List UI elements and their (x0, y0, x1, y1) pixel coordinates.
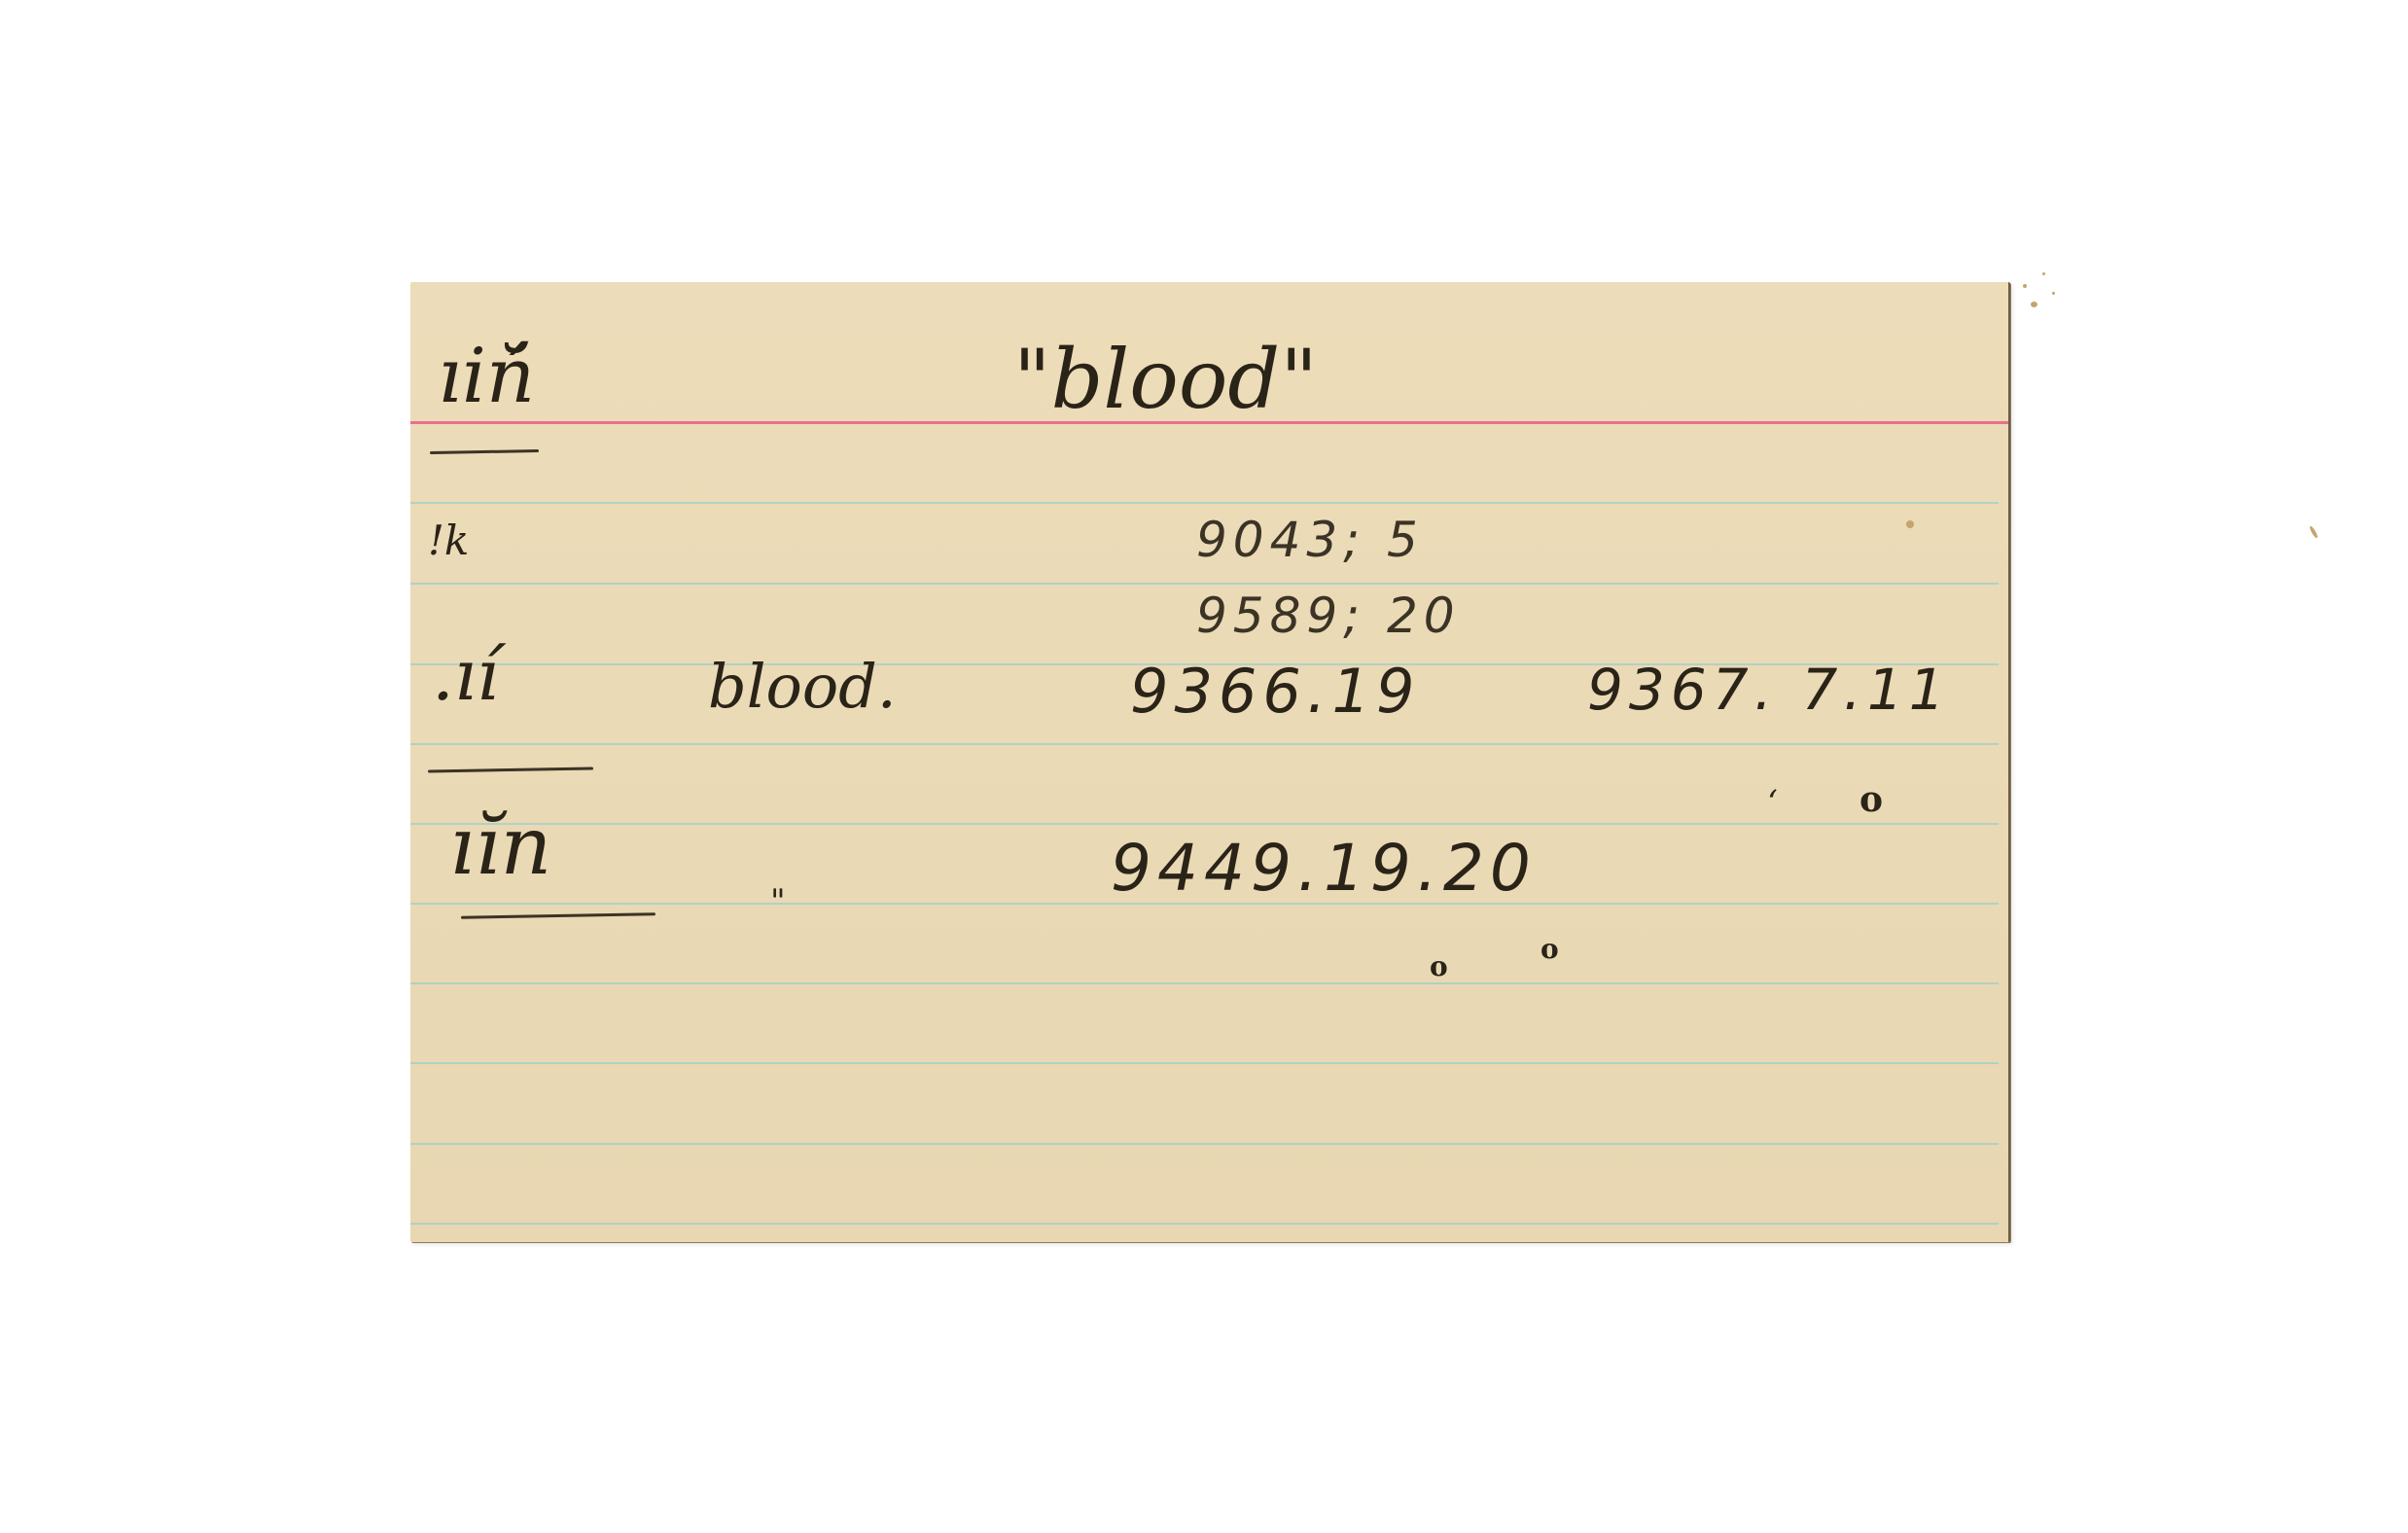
headword-underline (430, 449, 539, 454)
entry-form: .ıí (432, 640, 499, 710)
blue-rule (410, 583, 1999, 585)
blue-rule (410, 743, 1999, 745)
entry-form-underline (428, 767, 593, 773)
gloss-heading: "blood" (1013, 339, 1318, 420)
paper-speck (2023, 284, 2027, 288)
mark-below: o (1540, 936, 1559, 963)
blue-rule (410, 823, 1999, 825)
entry-ref: 9589; 20 (1196, 591, 1461, 640)
blue-rule (410, 1143, 1999, 1145)
entry-form-underline (461, 912, 655, 918)
blue-rule (410, 502, 1999, 504)
headword: ıin̆́ (438, 339, 535, 414)
entry-form: !k (428, 520, 469, 561)
entry-gloss: blood. (708, 657, 897, 717)
mark-below: ʻ (1767, 786, 1778, 819)
paper-speck (2042, 272, 2045, 275)
mark-below: o (1430, 953, 1448, 980)
paper-speck (2052, 292, 2055, 295)
entry-ref: 9449.19.20 (1111, 837, 1537, 901)
index-card: ıin̆́ "blood" !k 9043; 5 9589; 20 .ıí b… (410, 282, 2010, 1242)
paper-speck (2031, 302, 2037, 307)
paper-speck (2309, 525, 2319, 539)
entry-ref: 9043; 5 (1196, 516, 1424, 564)
paper-speck (1906, 520, 1914, 528)
blue-rule (410, 1223, 1999, 1225)
mark-below: o (1859, 782, 1883, 817)
entry-ref: 9366.19 (1130, 661, 1420, 722)
entry-ref-extra: 9367. 7.11 (1587, 661, 1951, 718)
entry-form: ıĭn (449, 807, 551, 887)
blue-rule (410, 1062, 1999, 1064)
ditto-mark: " (770, 885, 786, 918)
blue-rule (410, 982, 1999, 984)
